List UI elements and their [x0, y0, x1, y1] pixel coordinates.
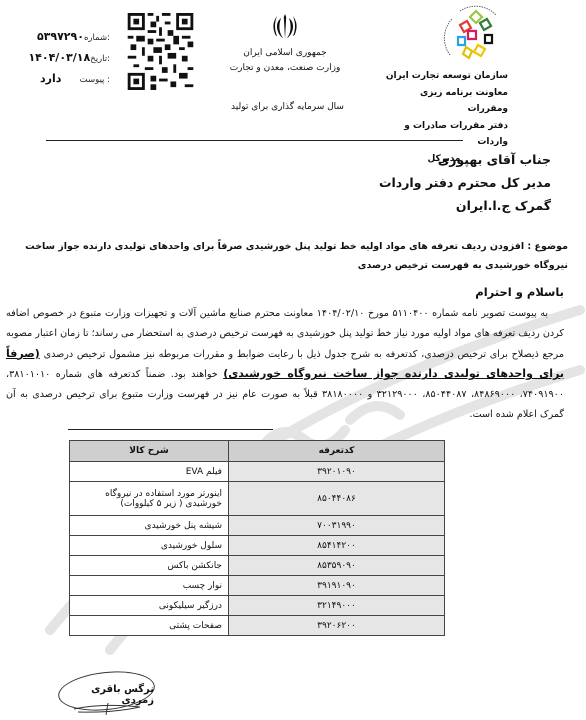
addressee-name: جناب آقای بهپوری — [251, 148, 551, 171]
signature-scrawl-icon — [72, 703, 142, 715]
item-description: سلول خورشیدی — [70, 536, 229, 556]
tariff-code: ۷۰۰۳۱۹۹۰ — [229, 516, 445, 536]
letter-number-value: ۵۳۹۷۲۹۰ — [37, 30, 84, 43]
tariff-code: ۳۲۱۴۹۰۰۰ — [229, 596, 445, 616]
iran-emblem-icon — [270, 12, 300, 42]
letter-body: به پیوست تصویر نامه شماره ۵۱۱۰۴۰۰ مورخ ۱… — [6, 304, 564, 425]
table-header-row: کدتعرفه شرح کالا — [70, 441, 445, 462]
tariff-table: کدتعرفه شرح کالا ۳۹۲۰۱۰۹۰ فیلم EVA ۸۵۰۴۴… — [69, 440, 445, 636]
table-row: ۸۵۴۱۴۲۰۰ سلول خورشیدی — [70, 536, 445, 556]
header-description: شرح کالا — [70, 441, 229, 462]
item-description: اینورتر مورد استفاده در نیروگاه خورشیدی … — [70, 482, 229, 516]
table-row: ۷۰۰۳۱۹۹۰ شیشه پنل خورشیدی — [70, 516, 445, 536]
attachment-row: پیوست : دارد — [40, 72, 110, 93]
tariff-code: ۳۹۲۰۱۰۹۰ — [229, 462, 445, 482]
body-part-1: به پیوست تصویر نامه شماره ۵۱۱۰۴۰۰ مورخ ۱… — [6, 308, 564, 360]
trade-promotion-organization-logo-icon — [440, 5, 510, 67]
table-row: ۳۹۲۰۱۰۹۰ فیلم EVA — [70, 462, 445, 482]
letter-date-value: ۱۴۰۴/۰۳/۱۸ — [28, 51, 90, 64]
subject-line: موضوع : افزودن ردیف تعرفه های مواد اولیه… — [10, 237, 568, 275]
addressee-block: جناب آقای بهپوری مدیر کل محترم دفتر وارد… — [251, 148, 551, 217]
body-underline — [68, 429, 273, 430]
addressee-title: مدیر کل محترم دفتر واردات — [251, 171, 551, 194]
item-description: شیشه پنل خورشیدی — [70, 516, 229, 536]
table-row: ۸۵۰۴۴۰۸۶ اینورتر مورد استفاده در نیروگاه… — [70, 482, 445, 516]
item-description: نوار چسب — [70, 576, 229, 596]
item-description: جانکشن باکس — [70, 556, 229, 576]
tariff-code: ۳۹۱۹۱۰۹۰ — [229, 576, 445, 596]
table-row: ۸۵۳۵۹۰۹۰ جانکشن باکس — [70, 556, 445, 576]
table-row: ۳۹۲۰۶۲۰۰ صفحات پشتی — [70, 616, 445, 636]
government-name: جمهوری اسلامی ایران — [220, 48, 350, 58]
tariff-code: ۸۵۴۱۴۲۰۰ — [229, 536, 445, 556]
letter-number-label: شماره: — [84, 33, 110, 43]
letter-meta: شماره: ۵۳۹۷۲۹۰ تاریخ: ۱۴۰۴/۰۳/۱۸ پیوست :… — [40, 30, 110, 93]
attachment-value: دارد — [40, 72, 61, 85]
header-divider — [46, 140, 463, 141]
addressee-organization: گمرک ج.ا.ایران — [251, 194, 551, 217]
item-description: درزگیر سیلیکونی — [70, 596, 229, 616]
header-tariff-code: کدتعرفه — [229, 441, 445, 462]
letter-date-row: تاریخ: ۱۴۰۴/۰۳/۱۸ — [40, 51, 110, 72]
ministry-name: وزارت صنعت، معدن و تجارت — [220, 63, 350, 73]
year-slogan: سال سرمایه گذاری برای تولید — [215, 102, 360, 112]
item-description: فیلم EVA — [70, 462, 229, 482]
org-line-1: سازمان توسعه تجارت ایران — [380, 68, 508, 85]
tariff-code: ۸۵۰۴۴۰۸۶ — [229, 482, 445, 516]
qr-code-icon — [127, 13, 194, 90]
table-row: ۳۲۱۴۹۰۰۰ درزگیر سیلیکونی — [70, 596, 445, 616]
letter-number-row: شماره: ۵۳۹۷۲۹۰ — [40, 30, 110, 51]
letter-date-label: تاریخ: — [90, 54, 110, 64]
attachment-label: پیوست : — [80, 75, 110, 85]
org-line-2: معاونت برنامه ریزی ومقررات — [380, 85, 508, 118]
table-row: ۳۹۱۹۱۰۹۰ نوار چسب — [70, 576, 445, 596]
org-line-3: دفتر مقررات صادرات و واردات — [380, 118, 508, 151]
tariff-code: ۳۹۲۰۶۲۰۰ — [229, 616, 445, 636]
tariff-code: ۸۵۳۵۹۰۹۰ — [229, 556, 445, 576]
item-description: صفحات پشتی — [70, 616, 229, 636]
greeting: باسلام و احترام — [475, 285, 564, 299]
